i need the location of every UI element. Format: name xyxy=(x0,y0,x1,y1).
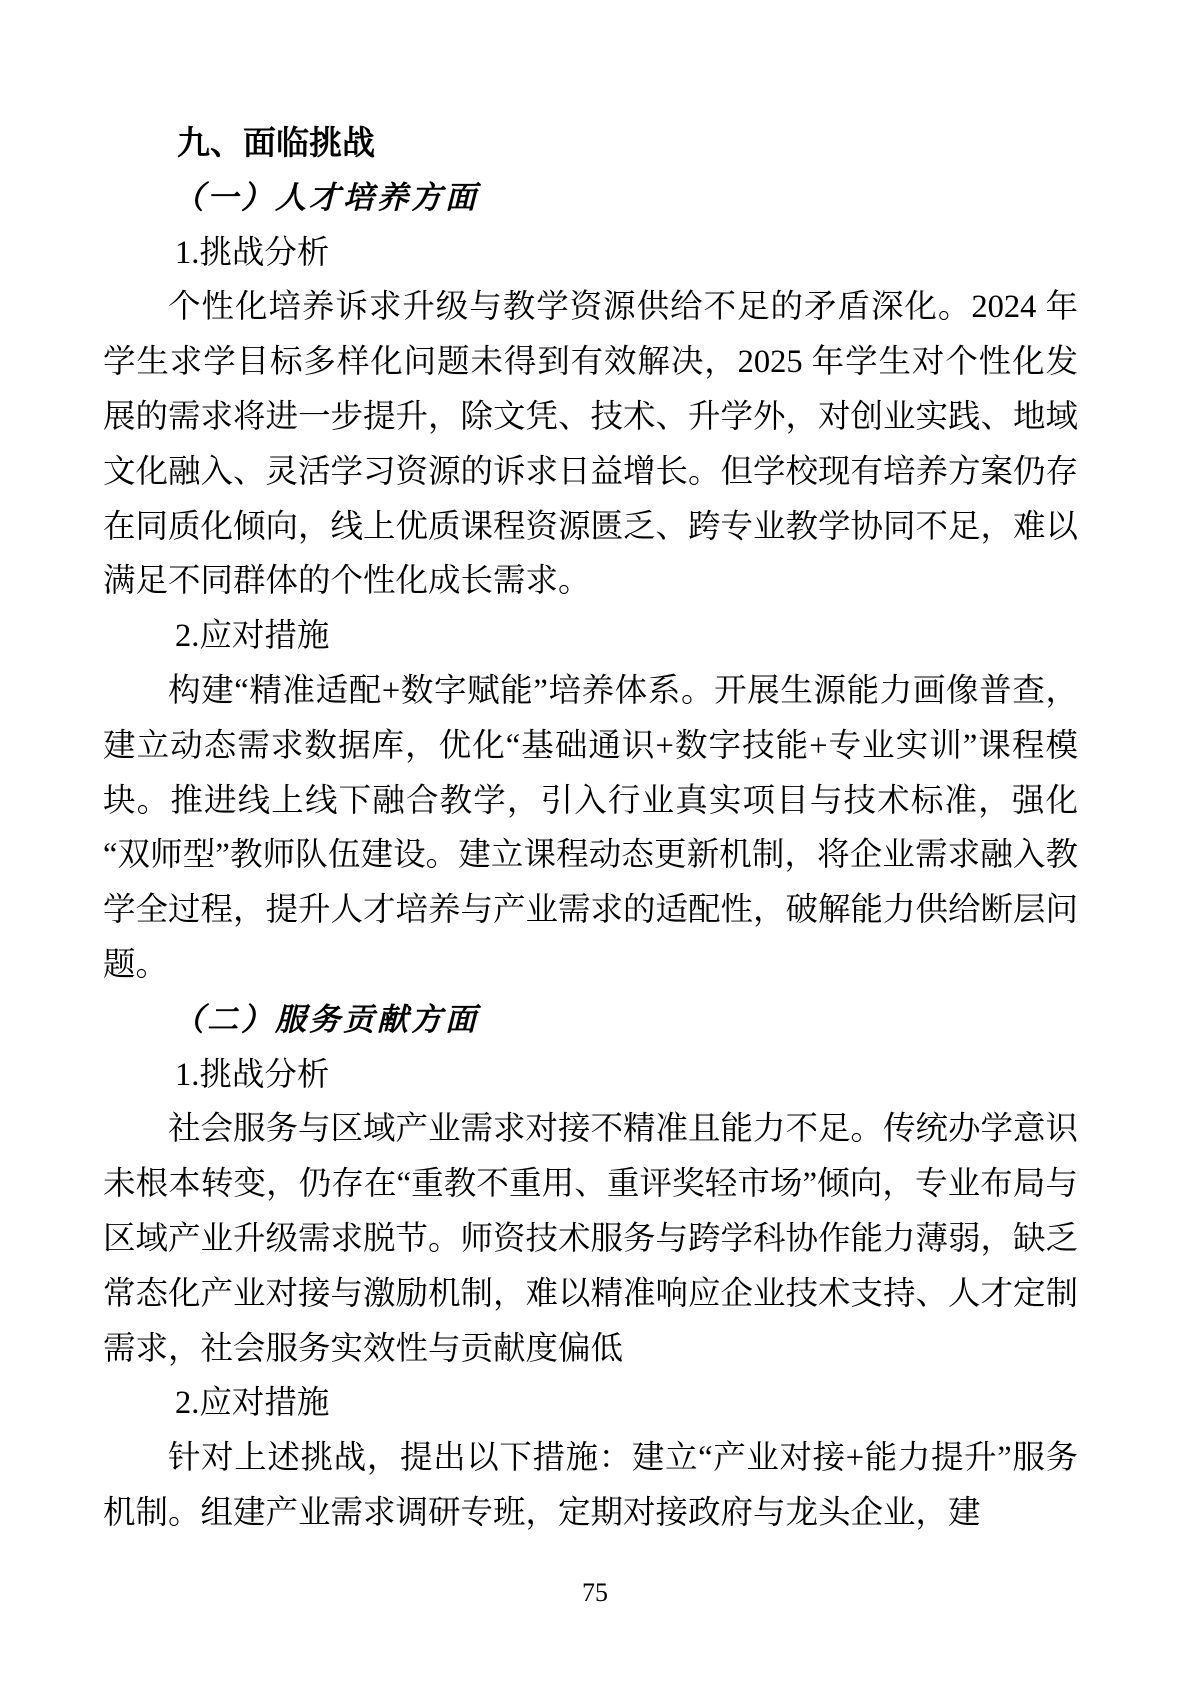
page-number: 75 xyxy=(0,1578,1190,1608)
numbered-subheading: 1.挑战分析 xyxy=(103,226,1078,281)
document-content: 九、面临挑战 （一）人才培养方面 1.挑战分析 个性化培养诉求升级与教学资源供给… xyxy=(103,116,1078,1541)
numbered-subheading: 1.挑战分析 xyxy=(103,1048,1078,1103)
body-paragraph: 针对上述挑战，提出以下措施：建立“产业对接+能力提升”服务机制。组建产业需求调研… xyxy=(103,1431,1078,1541)
numbered-subheading: 2.应对措施 xyxy=(103,609,1078,664)
numbered-subheading: 2.应对措施 xyxy=(103,1376,1078,1431)
body-paragraph: 社会服务与区域产业需求对接不精准且能力不足。传统办学意识未根本转变，仍存在“重教… xyxy=(103,1102,1078,1376)
subsection-heading-2: （二）服务贡献方面 xyxy=(103,993,1078,1048)
body-paragraph: 个性化培养诉求升级与教学资源供给不足的矛盾深化。2024 年学生求学目标多样化问… xyxy=(103,280,1078,609)
subsection-heading-1: （一）人才培养方面 xyxy=(103,171,1078,226)
document-page: 九、面临挑战 （一）人才培养方面 1.挑战分析 个性化培养诉求升级与教学资源供给… xyxy=(0,0,1190,1683)
section-heading: 九、面临挑战 xyxy=(103,116,1078,171)
body-paragraph: 构建“精准适配+数字赋能”培养体系。开展生源能力画像普查，建立动态需求数据库，优… xyxy=(103,664,1078,993)
